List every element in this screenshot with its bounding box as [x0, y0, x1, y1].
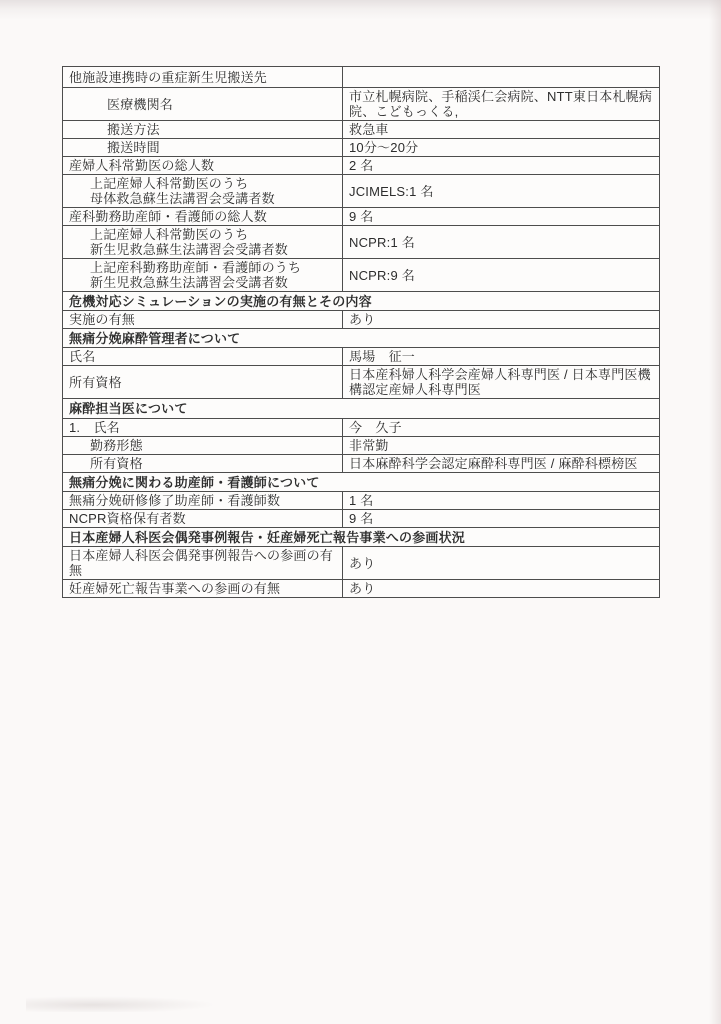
table-row: 勤務形態非常勤 [63, 437, 660, 455]
row-value: 馬場 征一 [343, 348, 660, 366]
row-value: あり [343, 547, 660, 580]
row-label: 上記産婦人科常勤医のうち 母体救急蘇生法講習会受講者数 [63, 175, 343, 208]
row-value: 1 名 [343, 492, 660, 510]
table-row: 上記産婦人科常勤医のうち 母体救急蘇生法講習会受講者数JCIMELS:1 名 [63, 175, 660, 208]
table-row: 搬送方法救急車 [63, 121, 660, 139]
section-header-label: 日本産婦人科医会偶発事例報告・妊産婦死亡報告事業への参画状況 [63, 528, 660, 547]
section-header-row: 無痛分娩に関わる助産師・看護師について [63, 473, 660, 492]
scan-artifact-top-edge [0, 0, 721, 20]
row-value [343, 67, 660, 88]
row-label: 無痛分娩研修修了助産師・看護師数 [63, 492, 343, 510]
row-label: 1. 氏名 [63, 419, 343, 437]
section-header-label: 無痛分娩麻酔管理者について [63, 329, 660, 348]
row-value: NCPR:9 名 [343, 259, 660, 292]
row-label: 上記産科勤務助産師・看護師のうち 新生児救急蘇生法講習会受講者数 [63, 259, 343, 292]
row-value: 日本産科婦人科学会産婦人科専門医 / 日本専門医機構認定産婦人科専門医 [343, 366, 660, 399]
section-header-label: 危機対応シミュレーションの実施の有無とその内容 [63, 292, 660, 311]
row-label: 産婦人科常勤医の総人数 [63, 157, 343, 175]
table-row: 所有資格日本麻酔科学会認定麻酔科専門医 / 麻酔科標榜医 [63, 455, 660, 473]
section-header-row: 日本産婦人科医会偶発事例報告・妊産婦死亡報告事業への参画状況 [63, 528, 660, 547]
table-row: 日本産婦人科医会偶発事例報告への参画の有無あり [63, 547, 660, 580]
row-value: JCIMELS:1 名 [343, 175, 660, 208]
table-row: 産婦人科常勤医の総人数2 名 [63, 157, 660, 175]
row-label: 妊産婦死亡報告事業への参画の有無 [63, 580, 343, 598]
row-value: 市立札幌病院、手稲渓仁会病院、NTT東日本札幌病院、こどもっくる, [343, 88, 660, 121]
row-label: 産科勤務助産師・看護師の総人数 [63, 208, 343, 226]
row-value: 9 名 [343, 510, 660, 528]
section-header-label: 麻酔担当医について [63, 399, 660, 419]
section-header-label: 無痛分娩に関わる助産師・看護師について [63, 473, 660, 492]
row-value: 非常勤 [343, 437, 660, 455]
table-row: 所有資格日本産科婦人科学会産婦人科専門医 / 日本専門医機構認定産婦人科専門医 [63, 366, 660, 399]
scan-artifact-right-edge [709, 0, 721, 1024]
table-row: 氏名馬場 征一 [63, 348, 660, 366]
row-label: NCPR資格保有者数 [63, 510, 343, 528]
table-row: 医療機関名市立札幌病院、手稲渓仁会病院、NTT東日本札幌病院、こどもっくる, [63, 88, 660, 121]
table-row: 実施の有無あり [63, 311, 660, 329]
row-value: 2 名 [343, 157, 660, 175]
row-label: 勤務形態 [63, 437, 343, 455]
row-label: 実施の有無 [63, 311, 343, 329]
facility-info-table: 他施設連携時の重症新生児搬送先医療機関名市立札幌病院、手稲渓仁会病院、NTT東日… [62, 66, 660, 598]
row-value: 10分～20分 [343, 139, 660, 157]
row-value: あり [343, 580, 660, 598]
table-row: 1. 氏名今 久子 [63, 419, 660, 437]
row-label: 氏名 [63, 348, 343, 366]
row-value: 9 名 [343, 208, 660, 226]
row-value: 日本麻酔科学会認定麻酔科専門医 / 麻酔科標榜医 [343, 455, 660, 473]
row-label: 所有資格 [63, 455, 343, 473]
row-value: 今 久子 [343, 419, 660, 437]
row-label: 搬送方法 [63, 121, 343, 139]
section-header-row: 麻酔担当医について [63, 399, 660, 419]
section-header-row: 危機対応シミュレーションの実施の有無とその内容 [63, 292, 660, 311]
table-row: NCPR資格保有者数9 名 [63, 510, 660, 528]
table-row: 上記産科勤務助産師・看護師のうち 新生児救急蘇生法講習会受講者数NCPR:9 名 [63, 259, 660, 292]
table-body: 他施設連携時の重症新生児搬送先医療機関名市立札幌病院、手稲渓仁会病院、NTT東日… [63, 67, 660, 598]
row-label: 医療機関名 [63, 88, 343, 121]
row-value: 救急車 [343, 121, 660, 139]
row-value: あり [343, 311, 660, 329]
row-label: 日本産婦人科医会偶発事例報告への参画の有無 [63, 547, 343, 580]
row-label: 所有資格 [63, 366, 343, 399]
table-row: 妊産婦死亡報告事業への参画の有無あり [63, 580, 660, 598]
scan-artifact-bottom-left [26, 996, 216, 1012]
row-label: 上記産婦人科常勤医のうち 新生児救急蘇生法講習会受講者数 [63, 226, 343, 259]
table-row: 他施設連携時の重症新生児搬送先 [63, 67, 660, 88]
table-row: 産科勤務助産師・看護師の総人数9 名 [63, 208, 660, 226]
table-row: 無痛分娩研修修了助産師・看護師数1 名 [63, 492, 660, 510]
row-value: NCPR:1 名 [343, 226, 660, 259]
row-label: 搬送時間 [63, 139, 343, 157]
table-row: 上記産婦人科常勤医のうち 新生児救急蘇生法講習会受講者数NCPR:1 名 [63, 226, 660, 259]
table-row: 搬送時間10分～20分 [63, 139, 660, 157]
row-label: 他施設連携時の重症新生児搬送先 [63, 67, 343, 88]
section-header-row: 無痛分娩麻酔管理者について [63, 329, 660, 348]
